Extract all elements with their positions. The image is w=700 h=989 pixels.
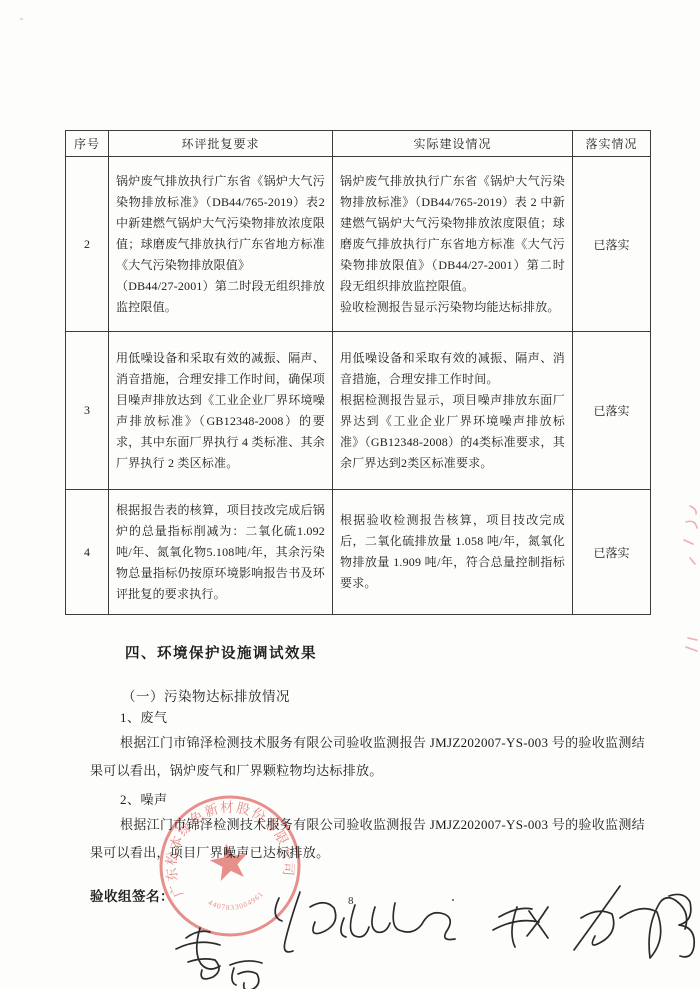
edge-stamp-fragments — [678, 498, 700, 658]
actual-construction-cell: 根据验收检测报告核算，项目技改完成后，二氧化硫排放量 1.058 吨/年，氮氧化… — [333, 490, 573, 615]
acceptance-table: 序号 环评批复要求 实际建设情况 落实情况 2 锅炉废气排放执行广东省《锅炉大气… — [65, 130, 651, 615]
eia-requirement-cell: 根据报告表的核算，项目技改完成后锅炉的总量指标削减为：二氧化硫1.092吨/年、… — [109, 490, 333, 615]
status-cell: 已落实 — [573, 490, 651, 615]
actual-construction-cell: 用低噪设备和采取有效的减振、隔声、消音措施，合理安排工作时间。 根据检测报告显示… — [333, 332, 573, 490]
subsection-heading: （一）污染物达标排放情况 — [122, 685, 290, 705]
section-heading: 四、环境保护设施调试效果 — [125, 642, 317, 663]
signature-stroke — [275, 892, 336, 952]
col-header-actual-construction: 实际建设情况 — [333, 131, 573, 157]
signature-stroke — [493, 907, 548, 947]
row-index: 3 — [66, 332, 109, 490]
col-header-eia-requirement: 环评批复要求 — [109, 131, 333, 157]
table-row: 3 用低噪设备和采取有效的减振、隔声、消音措施，合理安排工作时间，确保项目噪声排… — [66, 332, 651, 490]
table-row: 4 根据报告表的核算，项目技改完成后锅炉的总量指标削减为：二氧化硫1.092吨/… — [66, 490, 651, 615]
row-index: 2 — [66, 157, 109, 332]
signature-stroke — [176, 928, 220, 979]
list-item-exhaust-gas: 1、废气 — [120, 707, 168, 726]
eia-requirement-cell: 锅炉废气排放执行广东省《锅炉大气污染物排放标准》（DB44/765-2019）表… — [109, 157, 333, 332]
signature-stroke — [341, 903, 455, 940]
status-cell: 已落实 — [573, 332, 651, 490]
actual-construction-cell: 锅炉废气排放执行广东省《锅炉大气污染物排放标准》（DB44/765-2019）表… — [333, 157, 573, 332]
scan-speck — [20, 18, 23, 20]
table-row: 2 锅炉废气排放执行广东省《锅炉大气污染物排放标准》（DB44/765-2019… — [66, 157, 651, 332]
table-header-row: 序号 环评批复要求 实际建设情况 落实情况 — [66, 131, 651, 157]
handwritten-signatures — [148, 876, 700, 989]
signature-stroke — [574, 886, 694, 958]
status-cell: 已落实 — [573, 157, 651, 332]
eia-requirement-cell: 用低噪设备和采取有效的减振、隔声、消音措施，合理安排工作时间，确保项目噪声排放达… — [109, 332, 333, 490]
col-header-index: 序号 — [66, 131, 109, 157]
col-header-implementation: 落实情况 — [573, 131, 651, 157]
row-index: 4 — [66, 490, 109, 615]
paragraph-exhaust-gas: 根据江门市锦泽检测技术服务有限公司验收监测报告 JMJZ202007-YS-00… — [90, 729, 645, 785]
signature-stroke — [230, 961, 262, 989]
document-page: 序号 环评批复要求 实际建设情况 落实情况 2 锅炉废气排放执行广东省《锅炉大气… — [0, 0, 700, 989]
